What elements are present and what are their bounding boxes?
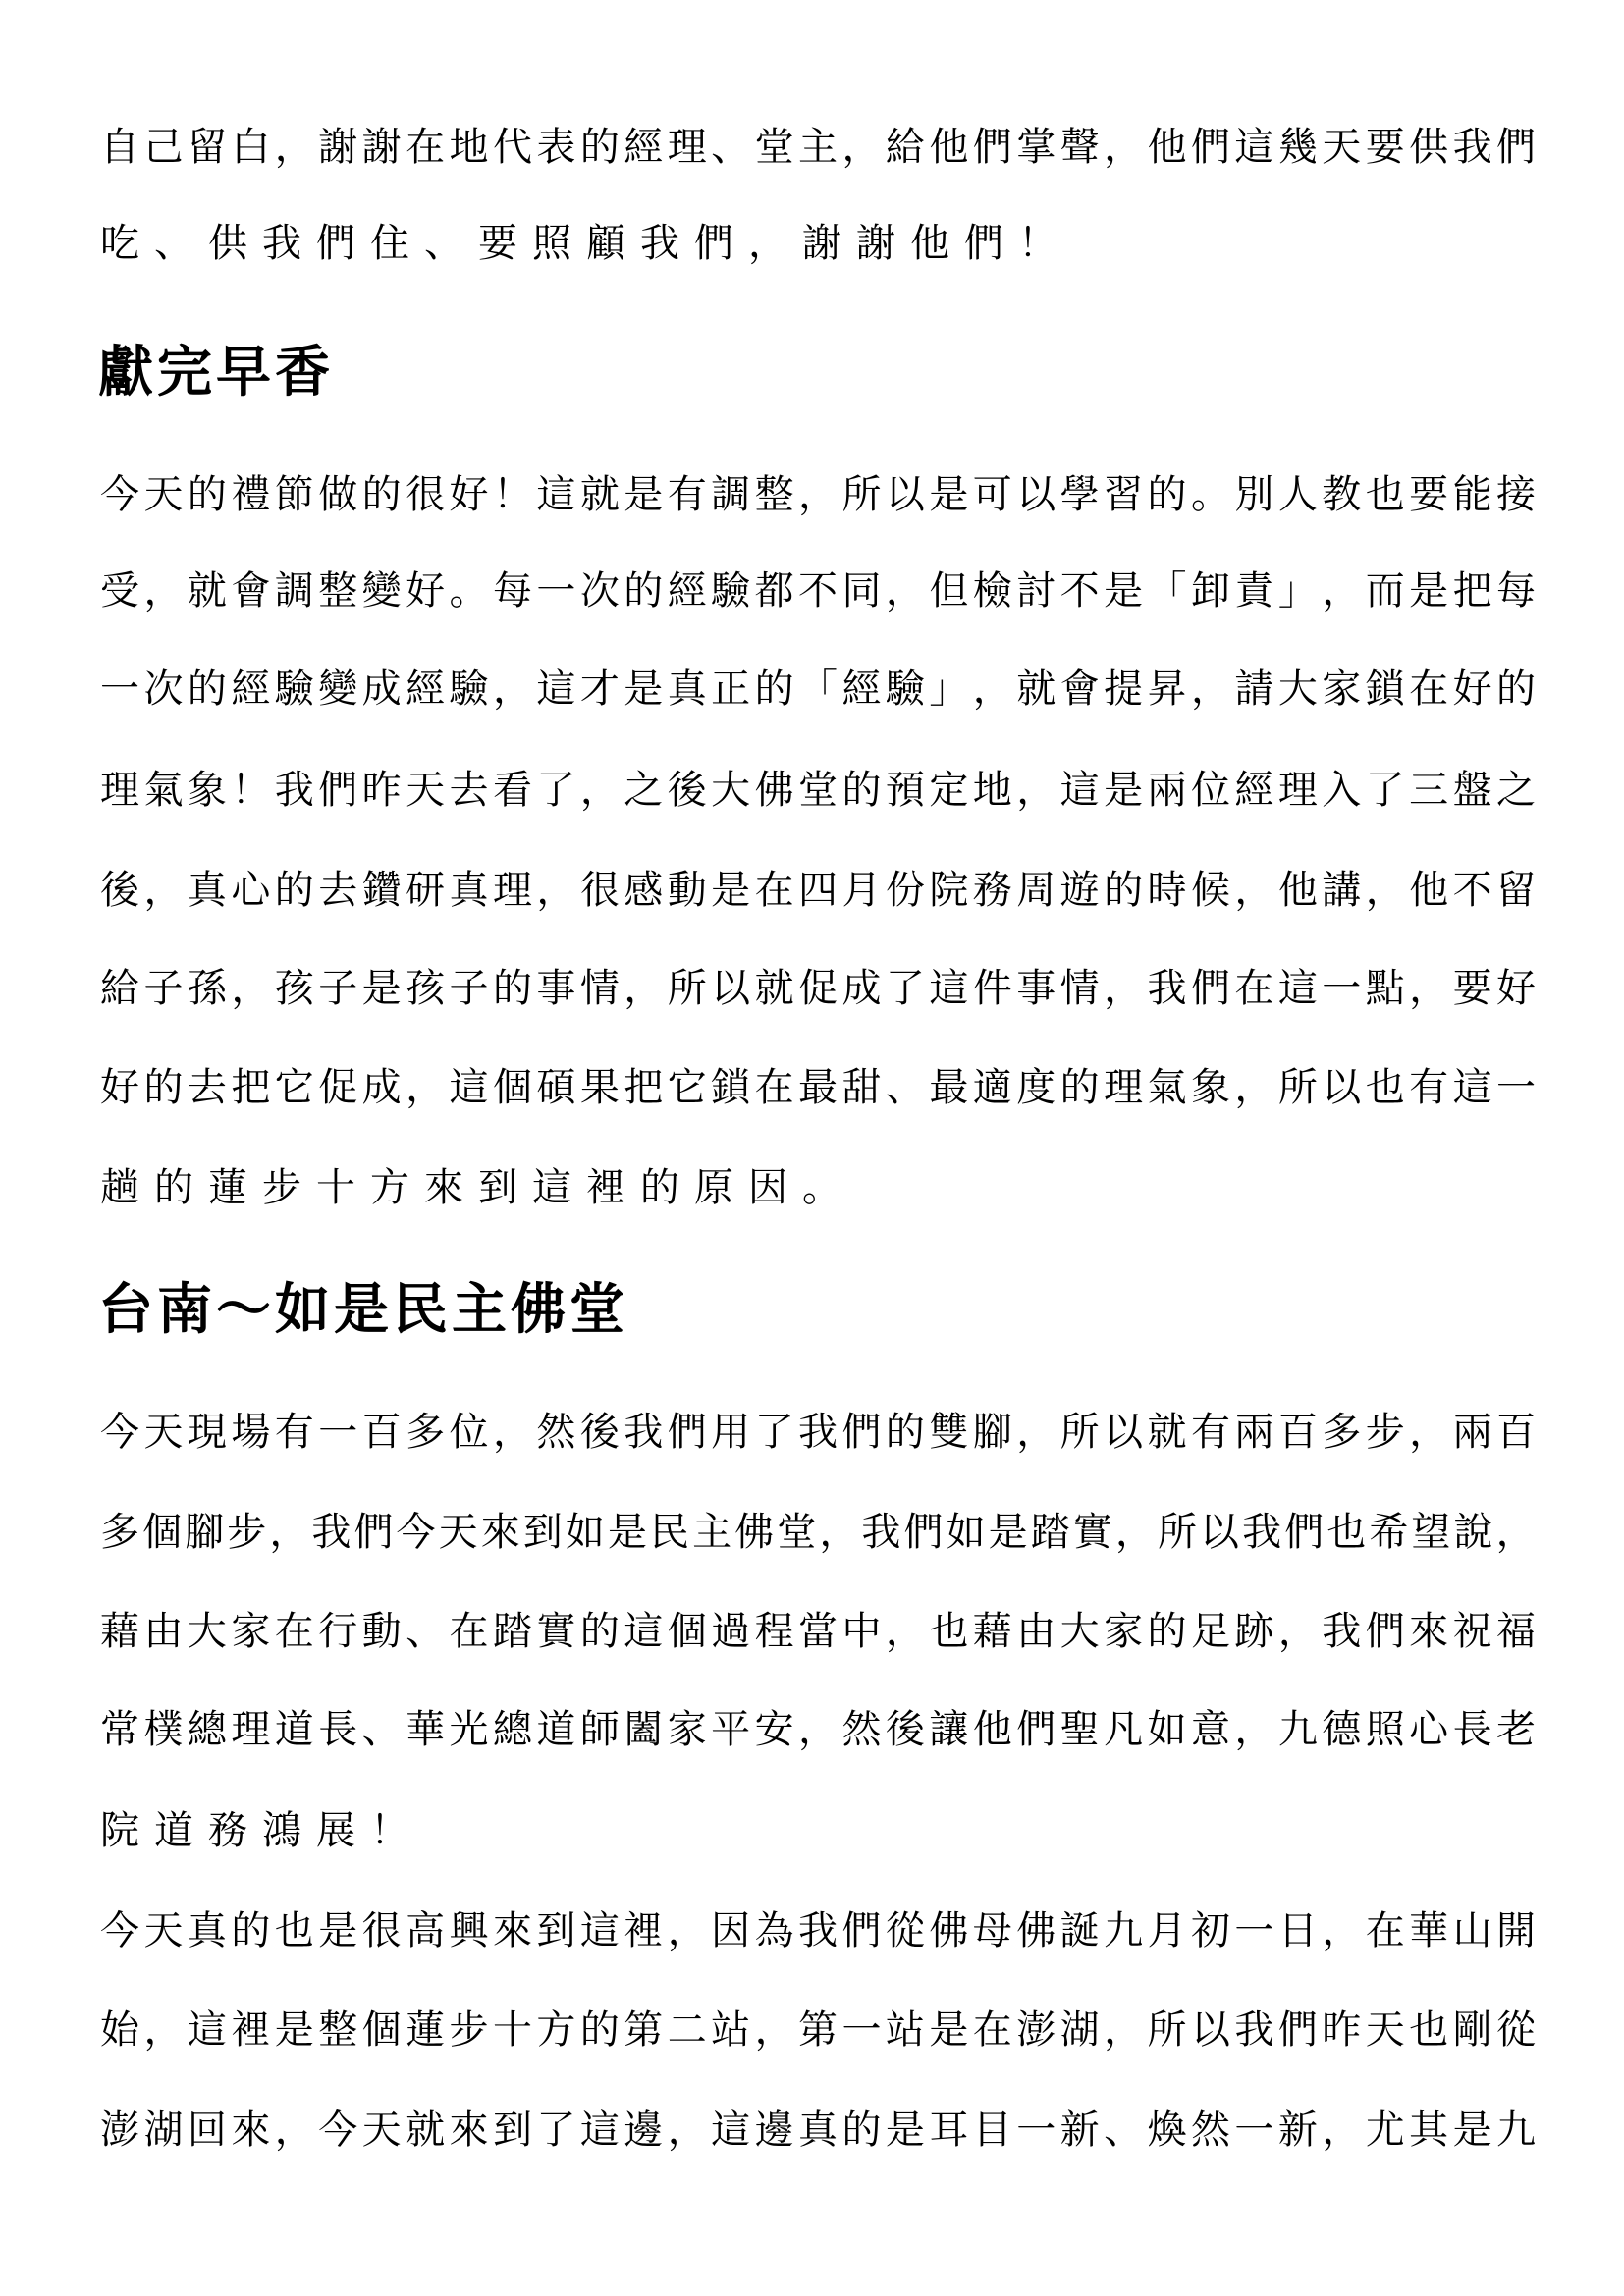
glyph: ，	[275, 118, 314, 177]
glyph: 的	[362, 465, 402, 524]
glyph: 孩	[406, 959, 445, 1018]
glyph: 聲	[1060, 118, 1100, 177]
glyph: 目	[973, 2101, 1012, 2160]
glyph: 心	[231, 861, 270, 920]
glyph: 就	[580, 465, 620, 524]
glyph: 禮	[231, 465, 270, 524]
glyph: 成	[362, 1058, 402, 1117]
glyph: 事	[1016, 959, 1056, 1018]
glyph: 來	[493, 1901, 532, 1960]
glyph: 老	[1496, 1700, 1536, 1759]
glyph: 天	[439, 1503, 478, 1562]
glyph: 在	[1409, 660, 1448, 719]
glyph: 是	[989, 1503, 1028, 1562]
glyph: 民	[650, 1503, 689, 1562]
glyph: 主	[692, 1503, 731, 1562]
glyph: 才	[580, 660, 620, 719]
glyph: 是	[1104, 561, 1143, 620]
glyph: 德	[1322, 1700, 1361, 1759]
glyph: 我	[275, 761, 314, 820]
glyph: 也	[275, 1901, 314, 1960]
glyph: 一	[100, 660, 139, 719]
glyph: 腳	[973, 1403, 1012, 1462]
glyph: 經	[406, 660, 445, 719]
glyph: 的	[841, 2101, 881, 2160]
glyph: 好	[450, 465, 489, 524]
glyph: 為	[755, 1901, 794, 1960]
glyph: 的	[188, 465, 227, 524]
paragraph-line: 給子孫，孩子是孩子的事情，所以就促成了這件事情，我們在這一點，要好	[100, 959, 1536, 1018]
glyph: 今	[318, 2101, 357, 2160]
glyph: 以	[886, 465, 925, 524]
glyph: 第	[623, 2001, 663, 2059]
glyph: 長	[1453, 1700, 1492, 1759]
glyph: 次	[580, 561, 620, 620]
glyph: 促	[798, 959, 838, 1018]
glyph: 所	[1060, 1403, 1100, 1462]
glyph: ，	[143, 861, 183, 920]
glyph: 候	[1191, 861, 1230, 920]
glyph: 可	[973, 465, 1012, 524]
glyph: 們	[841, 1901, 881, 1960]
glyph: 不	[1453, 861, 1492, 920]
glyph: 它	[275, 1058, 314, 1117]
glyph: 真	[668, 660, 707, 719]
glyph: 、	[362, 1700, 402, 1759]
glyph: 我	[311, 1503, 351, 1562]
glyph: ，	[1409, 959, 1448, 1018]
glyph: 所	[668, 959, 707, 1018]
glyph: 們	[973, 118, 1012, 177]
glyph: 大	[1060, 1602, 1100, 1661]
glyph: 、	[406, 1602, 445, 1661]
glyph: 了	[755, 1403, 794, 1462]
glyph: 步	[227, 1503, 266, 1562]
glyph: 要	[1366, 118, 1405, 177]
glyph: 總	[493, 1700, 532, 1759]
glyph: 也	[1326, 1503, 1366, 1562]
glyph: 驗	[275, 660, 314, 719]
glyph: 理	[231, 1700, 270, 1759]
glyph: 檢	[973, 561, 1012, 620]
glyph: 們	[318, 761, 357, 820]
glyph: 中	[841, 1602, 881, 1661]
glyph: 了	[886, 959, 925, 1018]
glyph: 變	[362, 561, 402, 620]
glyph: ，	[1234, 1058, 1273, 1117]
glyph: 照	[1366, 1700, 1405, 1759]
glyph: 真	[188, 1901, 227, 1960]
glyph: 件	[973, 959, 1012, 1018]
glyph: 後	[886, 1700, 925, 1759]
glyph: 然	[536, 1403, 575, 1462]
glyph: 後	[580, 1403, 620, 1462]
glyph: 就	[755, 959, 794, 1018]
glyph: 情	[580, 959, 620, 1018]
glyph: 一	[1496, 1058, 1536, 1117]
glyph: 的	[1104, 861, 1143, 920]
glyph: 誕	[1060, 1901, 1100, 1960]
glyph: 母	[973, 1901, 1012, 1960]
glyph: 象	[188, 761, 227, 820]
glyph: 看	[493, 761, 532, 820]
glyph: 耳	[929, 2101, 968, 2160]
glyph: 們	[1278, 2001, 1318, 2059]
glyph: 位	[1191, 761, 1230, 820]
glyph: 供	[1409, 118, 1448, 177]
glyph: 們	[1191, 959, 1230, 1018]
glyph: 堂	[755, 118, 794, 177]
glyph: 情	[1060, 959, 1100, 1018]
glyph: 的	[275, 861, 314, 920]
glyph: 闔	[623, 1700, 663, 1759]
glyph: 在	[755, 1058, 794, 1117]
glyph: ，	[1278, 1602, 1318, 1661]
glyph: 剛	[1453, 2001, 1492, 2059]
glyph: 站	[711, 2001, 750, 2059]
glyph: 湖	[1060, 2001, 1100, 2059]
glyph: 去	[188, 1058, 227, 1117]
glyph: 整	[755, 465, 794, 524]
glyph: 子	[143, 959, 183, 1018]
glyph: 真	[450, 861, 489, 920]
glyph: 。	[1191, 465, 1230, 524]
glyph: 地	[973, 761, 1012, 820]
glyph: 而	[1366, 561, 1405, 620]
glyph: ，	[1409, 1403, 1448, 1462]
glyph: 平	[711, 1700, 750, 1759]
glyph: 這	[1234, 118, 1273, 177]
glyph: 預	[886, 761, 925, 820]
glyph: 然	[1191, 2101, 1230, 2160]
glyph: 多	[100, 1503, 139, 1562]
glyph: 所	[1148, 2001, 1187, 2059]
glyph: 的	[231, 1901, 270, 1960]
glyph: 藉	[973, 1602, 1012, 1661]
glyph: 碩	[536, 1058, 575, 1117]
glyph: 昨	[362, 761, 402, 820]
glyph: ，	[1104, 2001, 1143, 2059]
glyph: 責	[1234, 561, 1273, 620]
glyph: 凡	[1104, 1700, 1143, 1759]
glyph: 我	[1242, 1503, 1281, 1562]
glyph: 成	[841, 959, 881, 1018]
glyph: 就	[188, 561, 227, 620]
glyph: 能	[1453, 465, 1492, 524]
glyph: 他	[929, 118, 968, 177]
glyph: 每	[1496, 561, 1536, 620]
glyph: 十	[493, 2001, 532, 2059]
glyph: 是	[1453, 2101, 1492, 2160]
glyph: 月	[841, 861, 881, 920]
glyph: 這	[188, 2001, 227, 2059]
glyph: 我	[1148, 959, 1187, 1018]
glyph: 多	[1322, 1403, 1361, 1462]
glyph: 有	[275, 1403, 314, 1462]
glyph: ，	[269, 1503, 308, 1562]
glyph: 也	[1366, 1058, 1405, 1117]
glyph: 始	[100, 2001, 139, 2059]
glyph: 我	[861, 1503, 900, 1562]
glyph: ，	[1234, 1700, 1273, 1759]
glyph: 學	[1060, 465, 1100, 524]
glyph: 自	[100, 118, 139, 177]
glyph: 有	[668, 465, 707, 524]
glyph: 方	[536, 2001, 575, 2059]
glyph: 謝	[362, 118, 402, 177]
glyph: 最	[929, 1058, 968, 1117]
glyph: 變	[318, 660, 357, 719]
glyph: 的	[188, 660, 227, 719]
glyph: 大	[188, 1602, 227, 1661]
glyph: 天	[1322, 118, 1361, 177]
glyph: 一	[1234, 2101, 1273, 2160]
paragraph-line: 始，這裡是整個蓮步十方的第二站，第一站是在澎湖，所以我們昨天也剛從	[100, 2001, 1536, 2059]
glyph: 會	[231, 561, 270, 620]
glyph: 去	[450, 761, 489, 820]
glyph: 的	[886, 1403, 925, 1462]
glyph: 百	[1278, 1403, 1318, 1462]
glyph: 一	[1016, 2101, 1056, 2160]
glyph: 腳	[185, 1503, 224, 1562]
glyph: 去	[318, 861, 357, 920]
glyph: 就	[1016, 660, 1056, 719]
glyph: 遊	[1060, 861, 1100, 920]
glyph: 是	[711, 861, 750, 920]
glyph: 月	[1148, 1901, 1187, 1960]
glyph: 這	[623, 1602, 663, 1661]
glyph: 福	[1496, 1602, 1536, 1661]
glyph: 我	[1453, 118, 1492, 177]
glyph: 是	[1104, 761, 1143, 820]
glyph: 白	[231, 118, 270, 177]
glyph: 但	[929, 561, 968, 620]
glyph: ，	[143, 561, 183, 620]
glyph: 蓮	[406, 2001, 445, 2059]
glyph: 一	[1234, 1901, 1273, 1960]
glyph: 孩	[275, 959, 314, 1018]
glyph: 這	[580, 2101, 620, 2160]
glyph: 到	[523, 1503, 563, 1562]
glyph: 我	[1234, 2001, 1273, 2059]
glyph: 一	[318, 1403, 357, 1462]
glyph: 、	[886, 1058, 925, 1117]
glyph: 把	[623, 1058, 663, 1117]
glyph: 鑽	[362, 861, 402, 920]
glyph: 所	[1278, 1058, 1318, 1117]
glyph: 了	[536, 761, 575, 820]
glyph: 也	[929, 1602, 968, 1661]
glyph: 真	[798, 2101, 838, 2160]
glyph: 裡	[231, 2001, 270, 2059]
glyph: 的	[580, 2001, 620, 2059]
glyph: 了	[536, 2101, 575, 2160]
glyph: 裡	[623, 1901, 663, 1960]
glyph: 個	[493, 1058, 532, 1117]
glyph: 佛	[755, 761, 794, 820]
glyph: 是	[1409, 561, 1448, 620]
glyph: 在	[973, 2001, 1012, 2059]
glyph: 教	[1322, 465, 1361, 524]
glyph: 高	[406, 1901, 445, 1960]
glyph: 經	[841, 660, 881, 719]
glyph: 如	[947, 1503, 986, 1562]
section-heading: 台南～如是民主佛堂	[98, 1275, 628, 1346]
glyph: 是	[623, 660, 663, 719]
glyph: 的	[580, 1602, 620, 1661]
glyph: 象	[1191, 1058, 1230, 1117]
glyph: 幾	[1278, 118, 1318, 177]
glyph: 它	[668, 1058, 707, 1117]
glyph: 很	[362, 1901, 402, 1960]
glyph: 因	[711, 1901, 750, 1960]
glyph: 研	[406, 861, 445, 920]
glyph: 由	[1016, 1602, 1056, 1661]
glyph: 們	[1284, 1503, 1324, 1562]
glyph: 好	[1496, 959, 1536, 1018]
glyph: ，	[493, 660, 532, 719]
glyph: 適	[973, 1058, 1012, 1117]
glyph: 經	[668, 561, 707, 620]
glyph: 理	[1104, 1058, 1143, 1117]
glyph: 意	[1191, 1700, 1230, 1759]
glyph: 鎖	[711, 1058, 750, 1117]
glyph: 這	[536, 465, 575, 524]
glyph: 在	[755, 861, 794, 920]
glyph: 給	[886, 118, 925, 177]
glyph: 這	[580, 1901, 620, 1960]
glyph: 九	[1496, 2101, 1536, 2160]
glyph: 盤	[1453, 761, 1492, 820]
paragraph-line: 趟的蓮步十方來到這裡的原因。	[100, 1158, 1536, 1217]
glyph: ，	[798, 465, 838, 524]
glyph: 們	[668, 1403, 707, 1462]
glyph: 是	[929, 465, 968, 524]
glyph: 以	[1322, 1058, 1361, 1117]
glyph: 回	[188, 2101, 227, 2160]
glyph: 程	[755, 1602, 794, 1661]
glyph: 的	[1148, 1602, 1187, 1661]
glyph: 以	[1016, 465, 1056, 524]
glyph: 九	[1104, 1901, 1143, 1960]
glyph: ，	[1115, 1503, 1155, 1562]
glyph: 是	[608, 1503, 647, 1562]
glyph: 開	[1496, 1901, 1536, 1960]
glyph: 習	[1104, 465, 1143, 524]
glyph: 個	[668, 1602, 707, 1661]
glyph: 一	[1322, 959, 1361, 1018]
glyph: 」	[1278, 561, 1318, 620]
glyph: 很	[580, 861, 620, 920]
glyph: 。	[450, 561, 489, 620]
glyph: 甜	[841, 1058, 881, 1117]
glyph: 經	[231, 660, 270, 719]
glyph: 家	[231, 1602, 270, 1661]
glyph: 其	[1409, 2101, 1448, 2160]
glyph: 的	[1496, 660, 1536, 719]
glyph: ，	[1104, 118, 1143, 177]
glyph: 把	[231, 1058, 270, 1117]
paragraph-line: 後，真心的去鑽研真理，很感動是在四月份院務周遊的時候，他講，他不留	[100, 861, 1536, 920]
glyph: 家	[1322, 660, 1361, 719]
glyph: 二	[668, 2001, 707, 2059]
glyph: 由	[143, 1602, 183, 1661]
glyph: 請	[1234, 660, 1273, 719]
glyph: 如	[1148, 1700, 1187, 1759]
glyph: ，	[1496, 1503, 1536, 1562]
glyph: 動	[362, 1602, 402, 1661]
paragraph-line: 今天真的也是很高興來到這裡，因為我們從佛母佛誕九月初一日，在華山開	[100, 1901, 1536, 1960]
glyph: ，	[886, 561, 925, 620]
glyph: ！	[231, 761, 270, 820]
glyph: 一	[841, 2001, 881, 2059]
glyph: 行	[318, 1602, 357, 1661]
glyph: 的	[143, 1058, 183, 1117]
glyph: 師	[580, 1700, 620, 1759]
glyph: ，	[1016, 1403, 1056, 1462]
glyph: 度	[1016, 1058, 1056, 1117]
glyph: 有	[1191, 1403, 1230, 1462]
glyph: 人	[1278, 465, 1318, 524]
glyph: 這	[711, 2101, 750, 2160]
glyph: 以	[1200, 1503, 1239, 1562]
glyph: 把	[1453, 561, 1492, 620]
glyph: 天	[362, 2101, 402, 2160]
glyph: 從	[1496, 2001, 1536, 2059]
glyph: 整	[318, 561, 357, 620]
glyph: 的	[580, 118, 620, 177]
glyph: 每	[493, 561, 532, 620]
glyph: 「	[798, 660, 838, 719]
glyph: 時	[1148, 861, 1187, 920]
glyph: 在	[406, 118, 445, 177]
glyph: 堂	[798, 761, 838, 820]
glyph: 都	[755, 561, 794, 620]
glyph: 他	[1409, 861, 1448, 920]
glyph: 事	[536, 959, 575, 1018]
glyph: 感	[623, 861, 663, 920]
glyph: 心	[1409, 1700, 1448, 1759]
glyph: 足	[1191, 1602, 1230, 1661]
glyph: 祝	[1453, 1602, 1492, 1661]
glyph: 我	[623, 1403, 663, 1462]
glyph: 天	[406, 761, 445, 820]
glyph: 如	[566, 1503, 605, 1562]
paragraph-line: 自己留白，謝謝在地代表的經理、堂主，給他們掌聲，他們這幾天要供我們	[100, 118, 1536, 177]
glyph: 到	[493, 2101, 532, 2160]
glyph: ，	[886, 1602, 925, 1661]
glyph: 這	[450, 1058, 489, 1117]
glyph: 來	[1409, 1602, 1448, 1661]
glyph: 大	[1278, 660, 1318, 719]
glyph: 好	[1453, 660, 1492, 719]
glyph: 別	[1234, 465, 1273, 524]
glyph: 佛	[1016, 1901, 1056, 1960]
glyph: 實	[536, 1602, 575, 1661]
glyph: 尤	[1366, 2101, 1405, 2160]
glyph: ，	[1191, 660, 1230, 719]
glyph: 就	[1148, 1403, 1187, 1462]
glyph: 用	[711, 1403, 750, 1462]
glyph: 做	[318, 465, 357, 524]
paragraph-line: 今天的禮節做的很好！這就是有調整，所以是可以學習的。別人教也要能接	[100, 465, 1536, 524]
glyph: 讓	[929, 1700, 968, 1759]
glyph: 調	[275, 561, 314, 620]
glyph: 最	[798, 1058, 838, 1117]
glyph: 院	[929, 861, 968, 920]
glyph: 總	[188, 1700, 227, 1759]
glyph: 代	[493, 118, 532, 177]
